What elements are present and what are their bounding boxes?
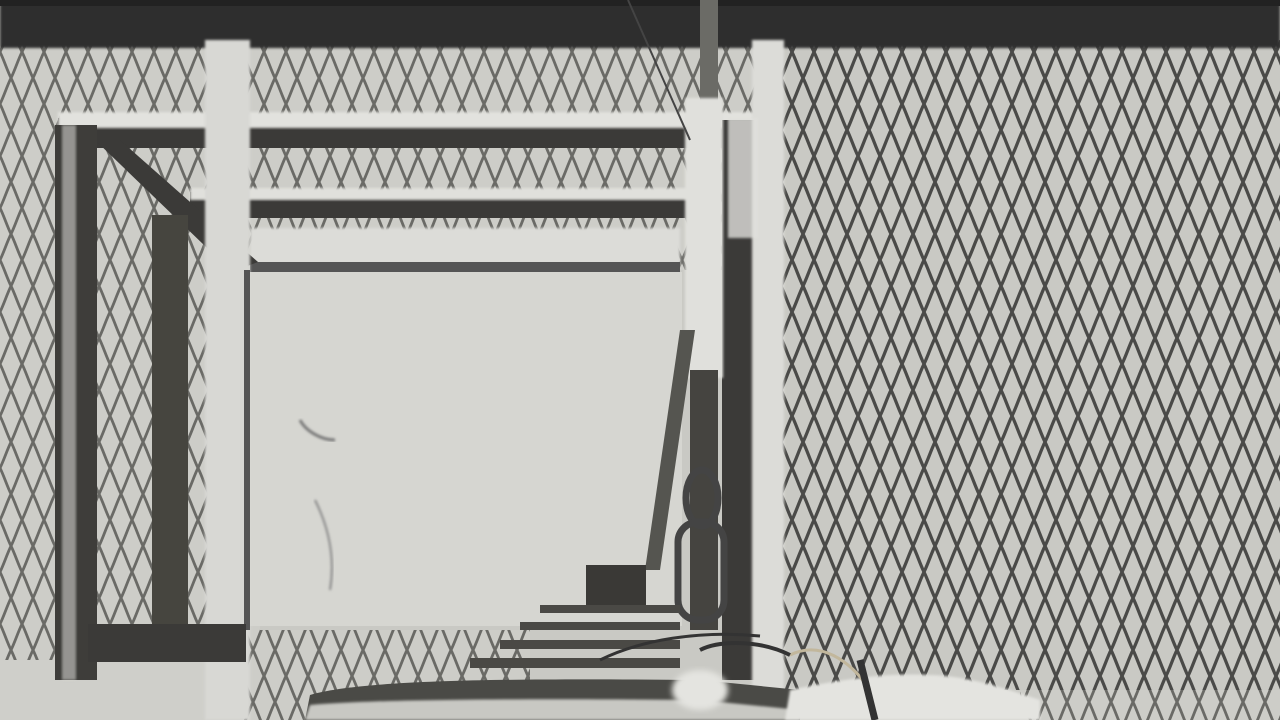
hatch-lid xyxy=(586,565,646,605)
top-dark-band xyxy=(0,0,1280,48)
snowy-ladder-cage-photo xyxy=(0,0,1280,720)
mesh-fence-right xyxy=(780,40,1280,690)
photo-scene xyxy=(0,0,1280,720)
